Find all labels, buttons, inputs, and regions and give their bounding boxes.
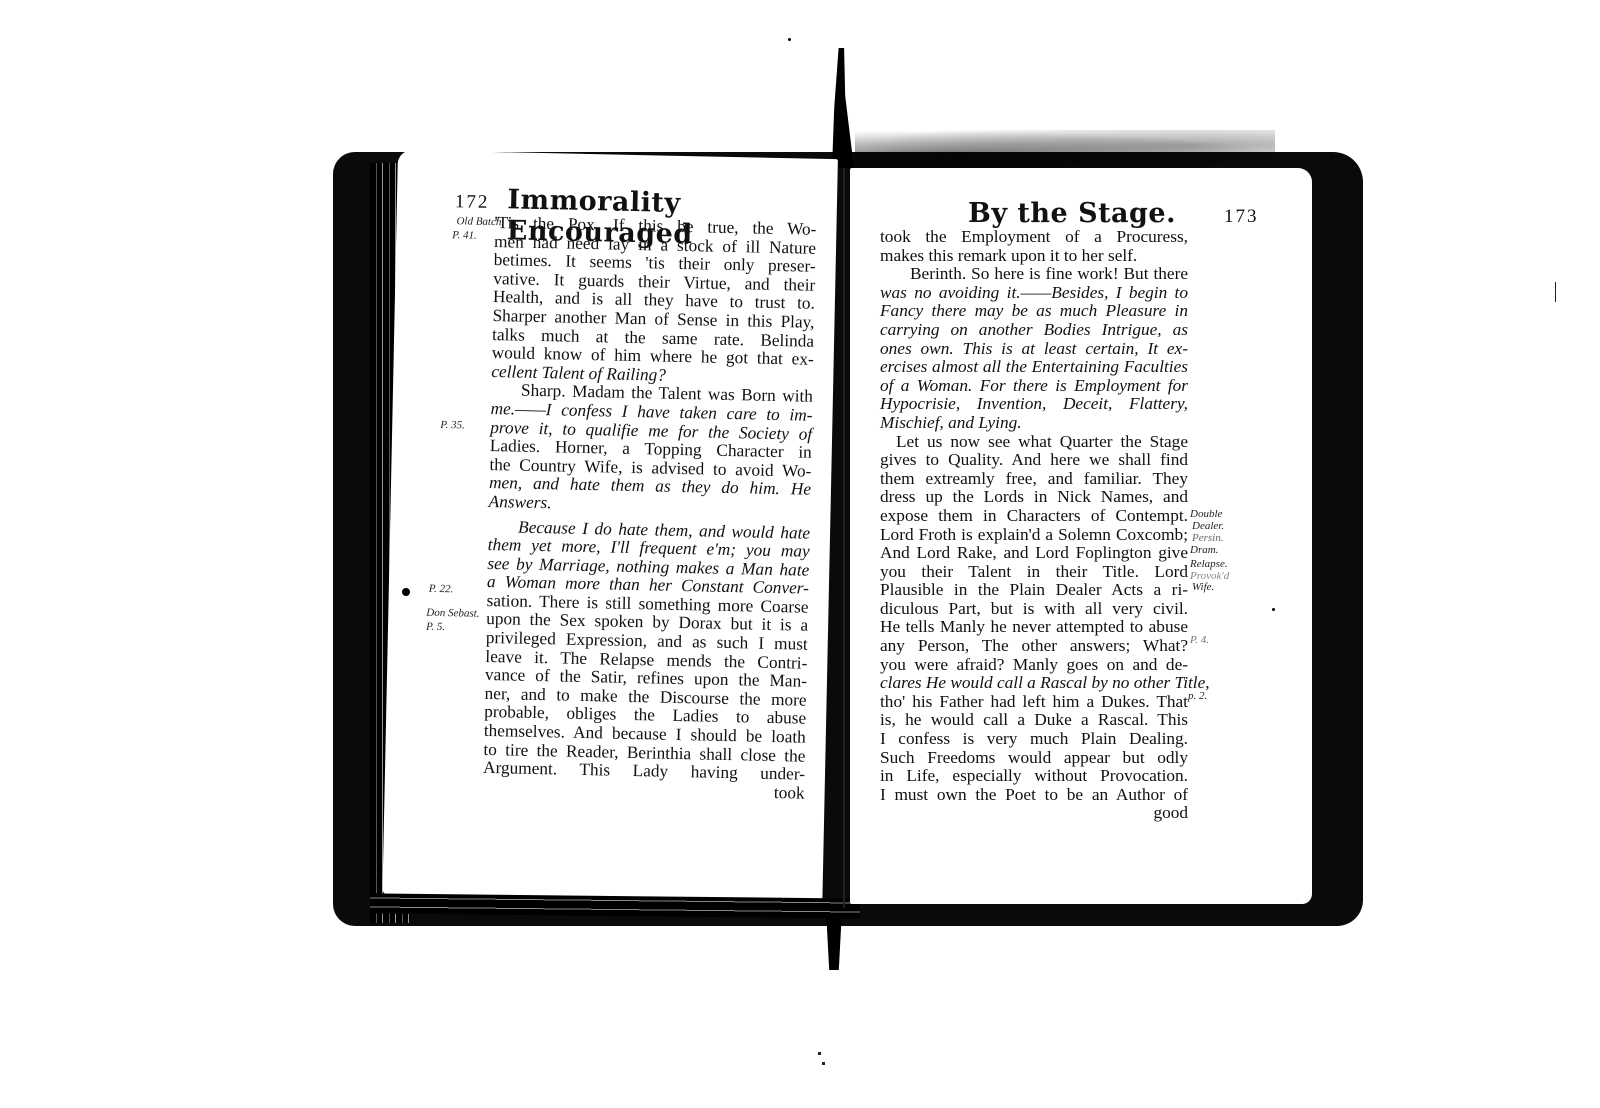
text-line: Mischief, and Lying. bbox=[880, 414, 1188, 433]
text-line: tho' his Father had left him a Dukes. Th… bbox=[880, 693, 1188, 712]
text-line: ercises almost all the Entertaining Facu… bbox=[880, 358, 1188, 377]
text-line: dress up the Lords in Nick Names, and bbox=[880, 488, 1188, 507]
text-line: Berinth. So here is fine work! But there bbox=[880, 265, 1188, 284]
text-line: He tells Manly he never attempted to abu… bbox=[880, 618, 1188, 637]
text-line: you were afraid? Manly goes on and de- bbox=[880, 656, 1188, 675]
text-line: makes this remark upon it to her self. bbox=[880, 247, 1188, 266]
text-line: I confess is very much Plain Dealing. bbox=[880, 730, 1188, 749]
gutter bbox=[843, 168, 845, 908]
page-number: 173 bbox=[1224, 206, 1259, 228]
text-line: in Life, especially without Provocation. bbox=[880, 767, 1188, 786]
text-line: Let us now see what Quarter the Stage bbox=[880, 433, 1188, 452]
text-line: diculous Part, but is with all very civi… bbox=[880, 600, 1188, 619]
margin-note: Don Sebast. bbox=[426, 607, 479, 620]
text-line: of a Woman. For there is Employment for bbox=[880, 377, 1188, 396]
text-line: carrying on another Bodies Intrigue, as bbox=[880, 321, 1188, 340]
text-line: Plausible in the Plain Dealer Acts a ri- bbox=[880, 581, 1188, 600]
text-line: Hypocrisie, Invention, Deceit, Flattery, bbox=[880, 395, 1188, 414]
text-line: expose them in Characters of Contempt. bbox=[880, 507, 1188, 526]
margin-note: Dram. bbox=[1190, 544, 1218, 556]
text-line: is, he would call a Duke a Rascal. This bbox=[880, 711, 1188, 730]
margin-note: P. 41. bbox=[452, 229, 477, 242]
spine-top bbox=[832, 48, 854, 168]
text-line: Fancy there may be as much Pleasure in bbox=[880, 302, 1188, 321]
margin-note: P. 4. bbox=[1190, 634, 1209, 646]
text-line: was no avoiding it.——Besides, I begin to bbox=[880, 284, 1188, 303]
text-line: took the Employment of a Procuress, bbox=[880, 228, 1188, 247]
catchword: good bbox=[880, 804, 1188, 823]
text-line: Such Freedoms would appear but odly bbox=[880, 749, 1188, 768]
text-line: gives to Quality. And here we shall find bbox=[880, 451, 1188, 470]
margin-note: P. 35. bbox=[440, 419, 465, 432]
right-running-head: By the Stage. 173 bbox=[968, 198, 1259, 229]
text-line: any Person, The other answers; What? bbox=[880, 637, 1188, 656]
right-page: By the Stage. 173 took the Employment of… bbox=[850, 168, 1312, 904]
text-line: And Lord Rake, and Lord Foplington give bbox=[880, 544, 1188, 563]
page-number: 172 bbox=[455, 191, 490, 214]
text-line: ones own. This is at least certain, It e… bbox=[880, 340, 1188, 359]
ink-spot bbox=[1272, 608, 1275, 611]
left-page: 172 Immorality Encouraged Old Batch. P. … bbox=[382, 150, 838, 904]
margin-note: Relapse. bbox=[1190, 558, 1228, 570]
margin-note: P. 5. bbox=[426, 621, 445, 633]
spine-bottom bbox=[826, 910, 842, 970]
ink-spot bbox=[402, 588, 410, 596]
margin-note: Dealer. bbox=[1192, 520, 1224, 532]
scan-smudge bbox=[855, 130, 1275, 168]
left-body-text: 'Tis the Pox. If this be true, the Wo- m… bbox=[482, 214, 816, 803]
right-body-text: took the Employment of a Procuress, make… bbox=[880, 228, 1188, 823]
scan-artifact bbox=[1555, 282, 1556, 302]
text-line: Lord Froth is explain'd a Solemn Coxcomb… bbox=[880, 526, 1188, 545]
margin-note: p. 2. bbox=[1188, 690, 1207, 702]
running-head-title: By the Stage. bbox=[968, 198, 1176, 229]
ink-spot bbox=[788, 38, 791, 41]
margin-note: Persin. bbox=[1192, 532, 1223, 544]
text-line: them extreamly free, and familiar. They bbox=[880, 470, 1188, 489]
text-line: I must own the Poet to be an Author of bbox=[880, 786, 1188, 805]
text-line: clares He would call a Rascal by no othe… bbox=[880, 674, 1188, 693]
scan-artifact bbox=[818, 1052, 821, 1055]
margin-note: Wife. bbox=[1192, 581, 1214, 593]
margin-note: P. 22. bbox=[429, 583, 454, 596]
margin-note: Double bbox=[1190, 508, 1222, 520]
scan-artifact bbox=[822, 1062, 825, 1065]
text-line: you their Talent in their Title. Lord bbox=[880, 563, 1188, 582]
